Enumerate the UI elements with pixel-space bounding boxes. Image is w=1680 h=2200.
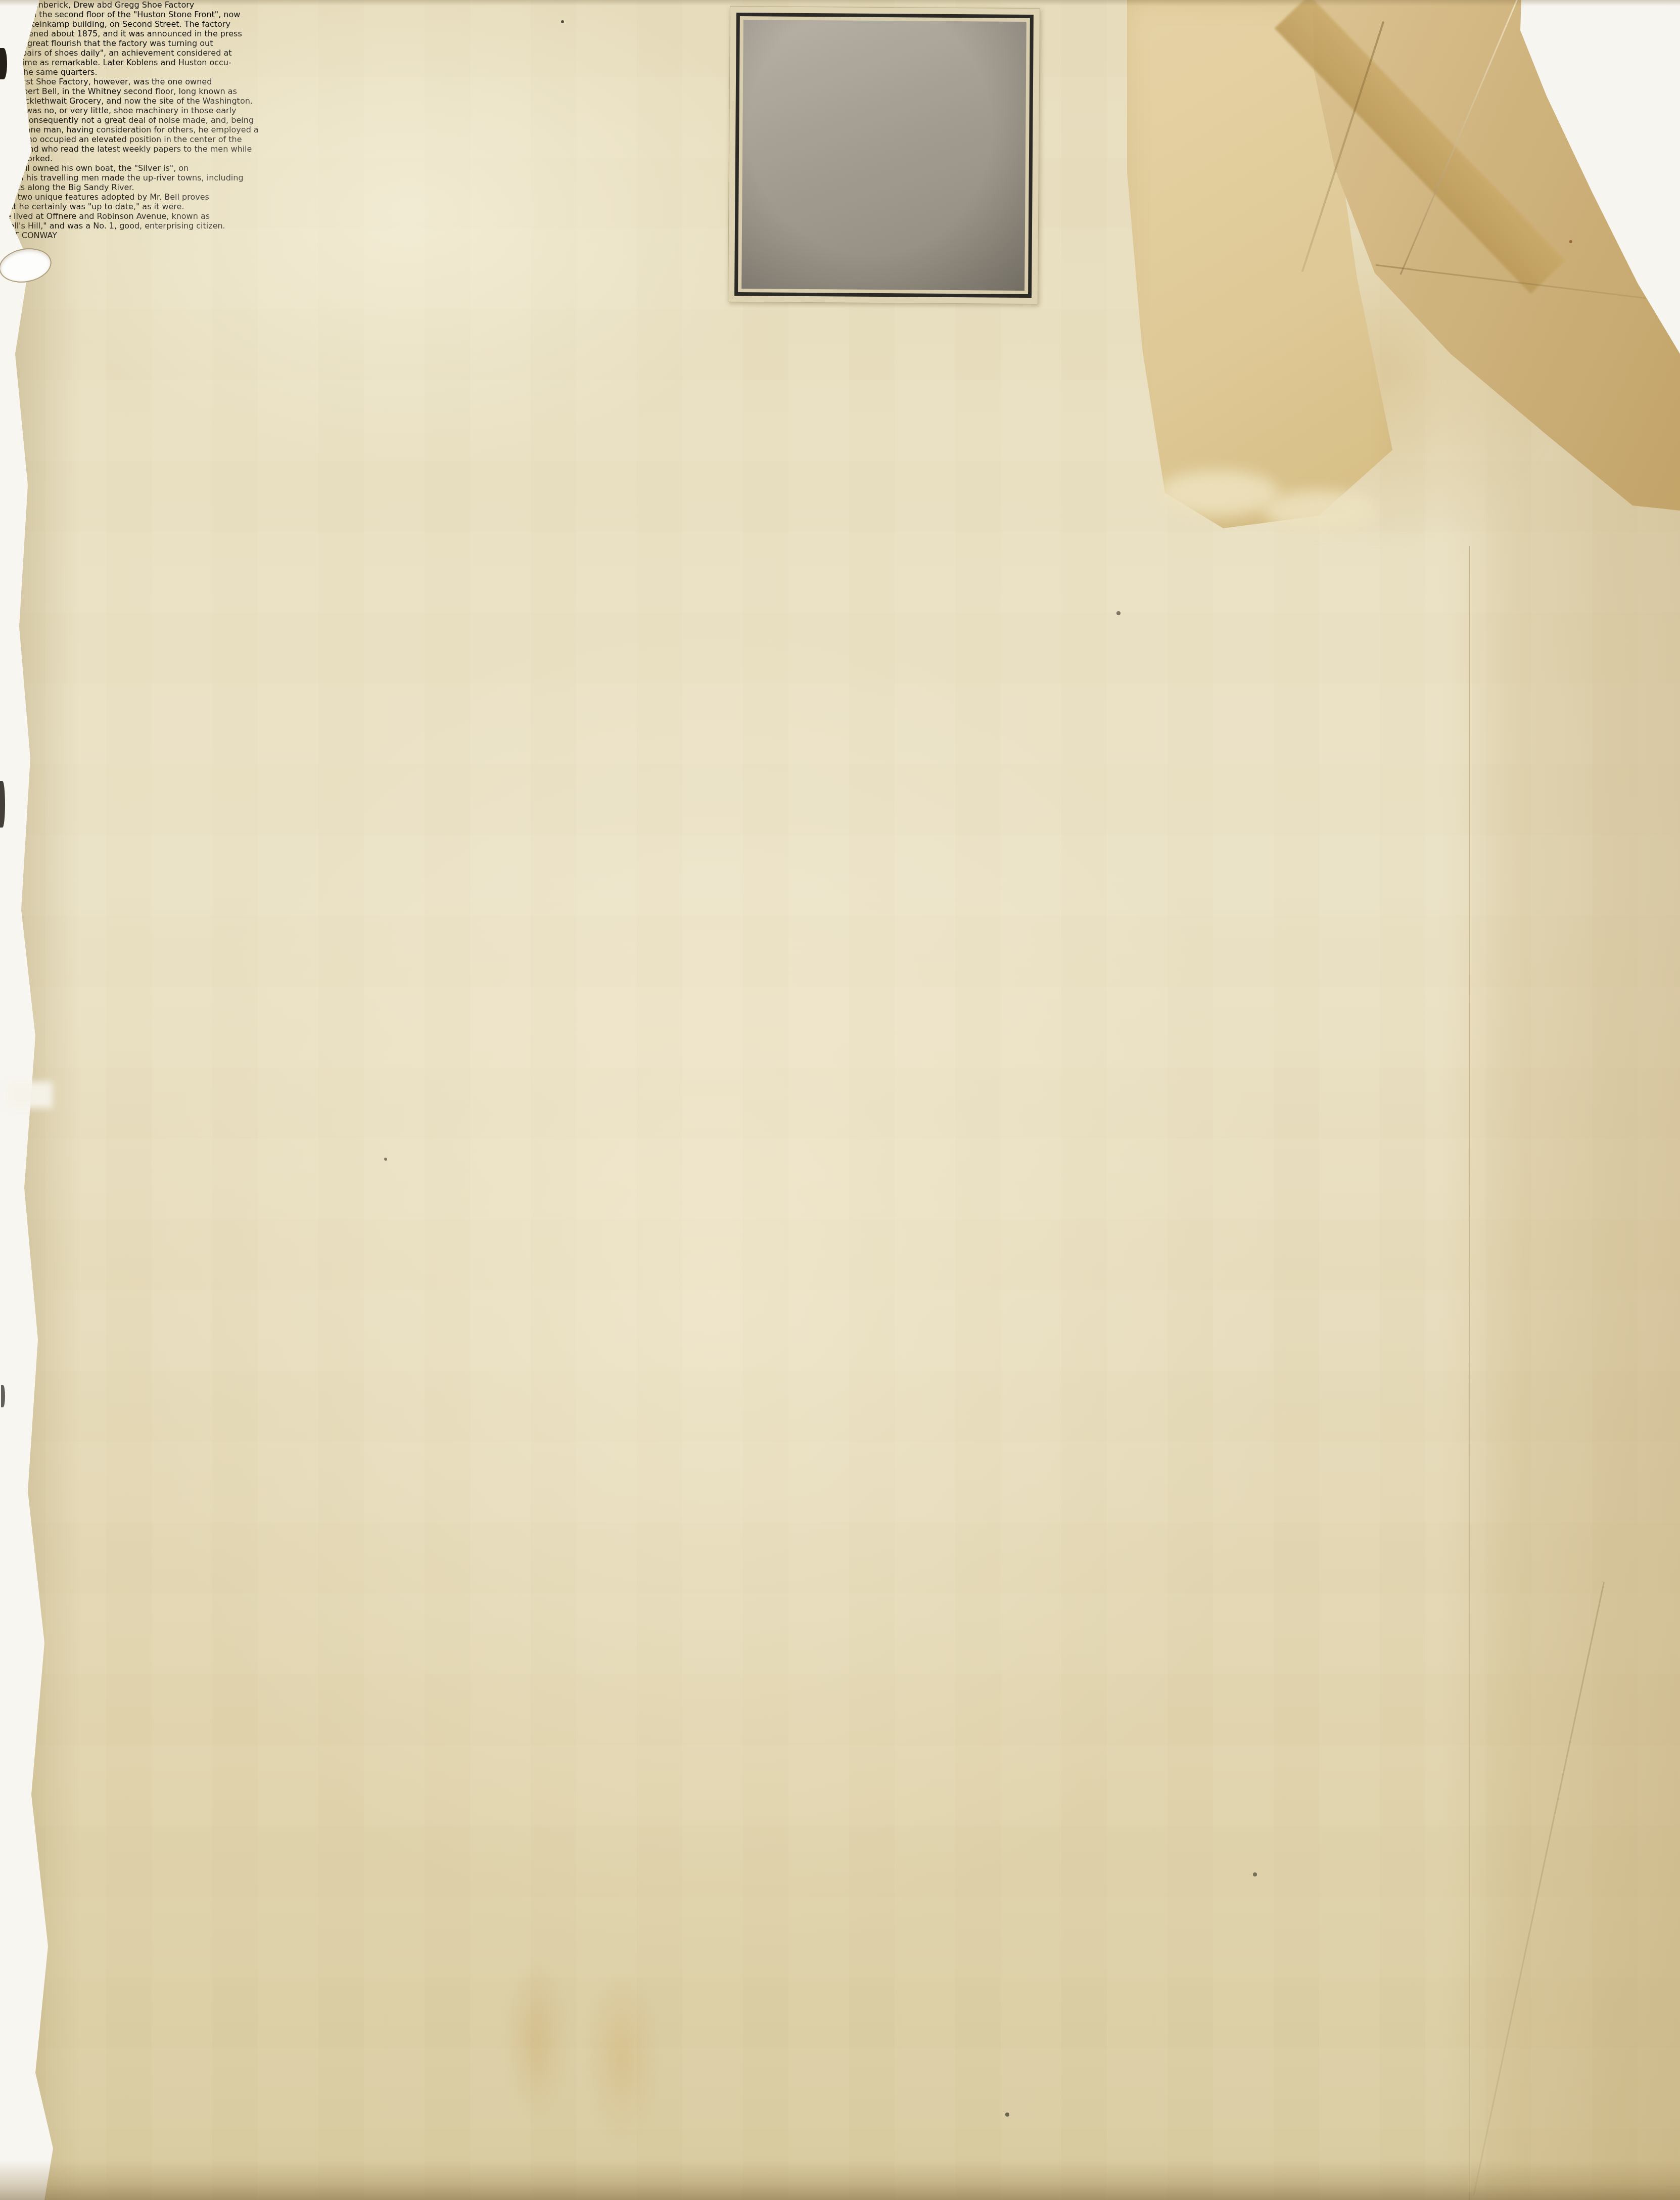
portrait-photo (728, 6, 1040, 304)
torn-edge-fibers-1 (1157, 470, 1279, 516)
portrait-image (741, 20, 1026, 291)
portrait-frame (734, 13, 1034, 298)
dust-specks (561, 20, 564, 23)
edge-mark-3 (1, 1385, 5, 1407)
scanned-page: The Riefenberick, Drew abd Gregg Shoe Fa… (0, 0, 1680, 2200)
top-edge-shadow (0, 0, 1680, 6)
punch-hole-smear (7, 1082, 53, 1108)
edge-mark-2 (0, 781, 5, 828)
bottom-edge-shadow (0, 2160, 1680, 2200)
paper-grain-texture (0, 0, 1680, 2200)
paper-sheet: The Riefenberick, Drew abd Gregg Shoe Fa… (0, 0, 1680, 2200)
edge-mark-1 (0, 48, 7, 79)
crease-line-vertical (1469, 546, 1470, 2200)
torn-edge-fibers-2 (1264, 490, 1375, 531)
